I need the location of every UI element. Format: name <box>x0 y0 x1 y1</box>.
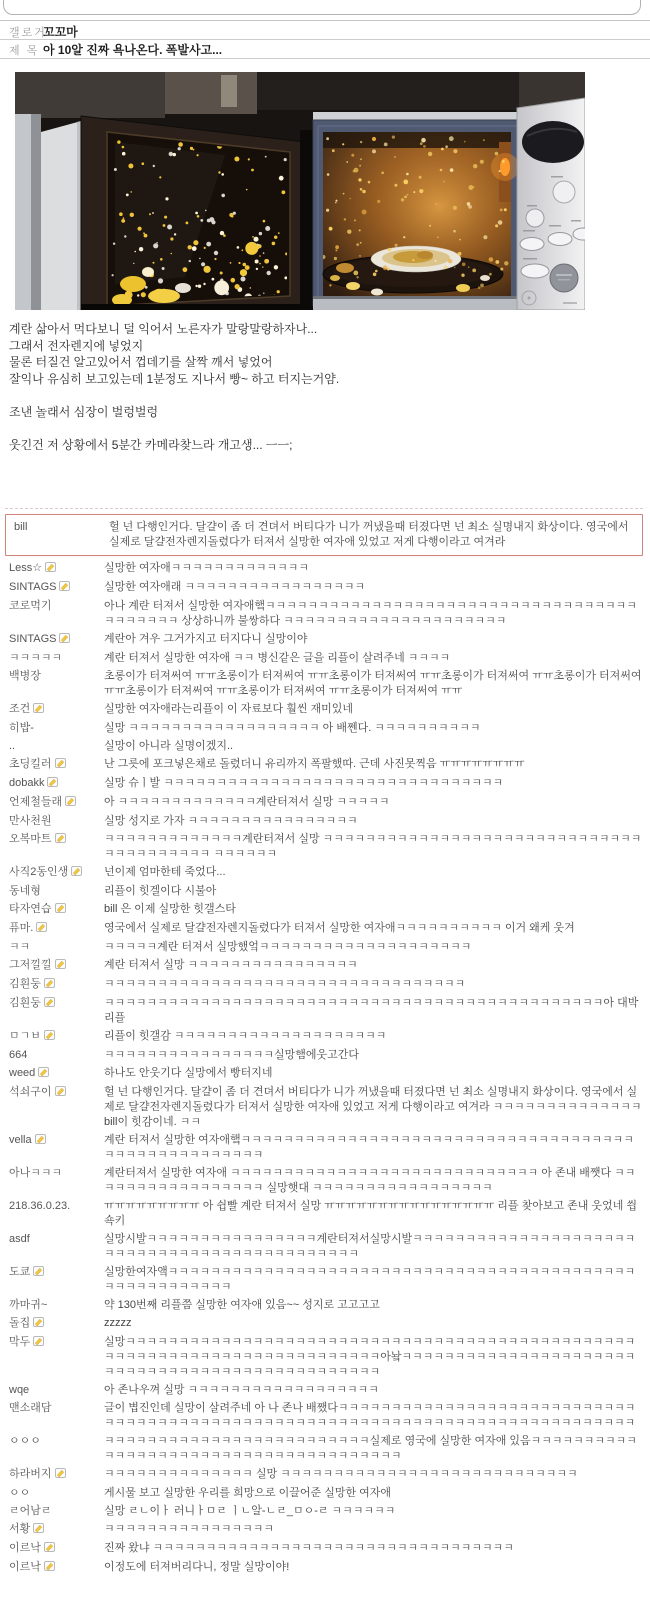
gallog-icon[interactable] <box>35 1134 46 1149</box>
comment-text: 실망한 여자애래 ㅋㅋㅋㅋㅋㅋㅋㅋㅋㅋㅋㅋㅋㅋㅋㅋㅋ <box>104 580 643 596</box>
gallog-icon[interactable] <box>44 978 55 993</box>
comment-text: ㅋㅋㅋㅋㅋㅋㅋㅋㅋㅋㅋㅋㅋ계란터져서 실망 ㅋㅋㅋㅋㅋㅋㅋㅋㅋㅋㅋㅋㅋㅋㅋㅋㅋㅋ… <box>104 832 643 862</box>
comment-row: 도쿄 실망한여자앸ㅋㅋㅋㅋㅋㅋㅋㅋㅋㅋㅋㅋㅋㅋㅋㅋㅋㅋㅋㅋㅋㅋㅋㅋㅋㅋㅋㅋㅋㅋㅋ… <box>5 1265 643 1295</box>
title-label: 제 목 <box>9 42 39 58</box>
commenter-name[interactable]: 퓨마. <box>5 921 104 937</box>
comment-text: ㅋㅋㅋㅋㅋㅋㅋㅋㅋㅋㅋㅋㅋㅋㅋㅋㅋㅋㅋㅋㅋㅋㅋㅋㅋㅋㅋㅋㅋㅋㅋㅋㅋㅋㅋㅋㅋㅋㅋㅋ… <box>104 996 643 1026</box>
commenter-name[interactable]: 동네형 <box>5 884 104 899</box>
comment-text: ㅋㅋㅋㅋㅋㅋㅋㅋㅋㅋㅋㅋㅋㅋㅋㅋ <box>104 1522 643 1538</box>
commenter-name[interactable]: weed <box>5 1066 104 1082</box>
commenter-name[interactable]: 그저낄낄 <box>5 958 104 974</box>
comment-row: 석쇠구이 헐 넌 다행인거다. 달걀이 좀 더 견뎌서 버티다가 니가 꺼냈을때… <box>5 1085 643 1130</box>
comment-row: 막두 실망ㅋㅋㅋㅋㅋㅋㅋㅋㅋㅋㅋㅋㅋㅋㅋㅋㅋㅋㅋㅋㅋㅋㅋㅋㅋㅋㅋㅋㅋㅋㅋㅋㅋㅋㅋ… <box>5 1335 643 1380</box>
comment-row: 김흰둥 ㅋㅋㅋㅋㅋㅋㅋㅋㅋㅋㅋㅋㅋㅋㅋㅋㅋㅋㅋㅋㅋㅋㅋㅋㅋㅋㅋㅋㅋㅋㅋㅋㅋㅋㅋㅋ… <box>5 996 643 1026</box>
title-row: 제 목 아 10알 진짜 욕나온다. 폭발사고... <box>0 39 650 59</box>
comment-text: ㅠㅠㅠㅠㅠㅠㅠㅠㅠ 아 쉽빨 계란 터져서 실망 ㅠㅠㅠㅠㅠㅠㅠㅠㅠㅠㅠㅠㅠㅠㅠ… <box>104 1199 643 1229</box>
gallog-icon[interactable] <box>33 1266 44 1281</box>
commenter-name[interactable]: 서황 <box>5 1522 104 1538</box>
comment-text: 리플이 힛갤감 ㅋㅋㅋㅋㅋㅋㅋㅋㅋㅋㅋㅋㅋㅋㅋㅋㅋㅋㅋㅋ <box>104 1029 643 1045</box>
comment-row: ㅇㅇ 게시물 보고 실망한 우리를 희망으로 이끌어준 실망한 여자애 <box>5 1486 643 1501</box>
commenter-name[interactable]: 코로먹기 <box>5 599 104 629</box>
commenter-name[interactable]: 초딩킬러 <box>5 757 104 773</box>
gallog-icon[interactable] <box>55 959 66 974</box>
comment-text: 게시물 보고 실망한 우리를 희망으로 이끌어준 실망한 여자애 <box>104 1486 643 1501</box>
comment-text: 계란아 겨우 그거가지고 터지다니 실망이야 <box>104 632 643 648</box>
comment-text: 난 그릇에 포크넣은채로 돌렸더니 유리까지 폭팔했따. 근데 사진못찍음 ㅠㅠ… <box>104 757 643 773</box>
comment-row: 타자연습 bill 은 이제 실망한 힛갤스타 <box>5 902 643 918</box>
comment-text: 실망이 아니라 실명이겠지.. <box>104 739 643 754</box>
commenter-name[interactable]: ㅇㅇㅇ <box>5 1434 104 1464</box>
gallog-icon[interactable] <box>38 1067 49 1082</box>
gallog-icon[interactable] <box>44 997 55 1012</box>
comment-row: 만사천원 실망 성지로 가자 ㅋㅋㅋㅋㅋㅋㅋㅋㅋㅋㅋㅋㅋㅋㅋㅋ <box>5 814 643 829</box>
comment-text: 계란터져서 실망한 여자애 ㅋㅋㅋㅋㅋㅋㅋㅋㅋㅋㅋㅋㅋㅋㅋㅋㅋㅋㅋㅋㅋㅋㅋㅋㅋㅋ… <box>104 1166 643 1196</box>
comment-row: 서황 ㅋㅋㅋㅋㅋㅋㅋㅋㅋㅋㅋㅋㅋㅋㅋㅋ <box>5 1522 643 1538</box>
commenter-name[interactable]: Less☆ <box>5 561 104 577</box>
comment-row: 퓨마. 영국에서 실제로 달걀전자렌지돌렸다가 터져서 실망한 여자애ㅋㅋㅋㅋㅋ… <box>5 921 643 937</box>
comment-text: 헐 넌 다행인거다. 달걀이 좀 더 견뎌서 버티다가 니가 꺼냈을때 터졌다면… <box>109 520 638 550</box>
comment-row: 아나ㅋㅋㅋ 계란터져서 실망한 여자애 ㅋㅋㅋㅋㅋㅋㅋㅋㅋㅋㅋㅋㅋㅋㅋㅋㅋㅋㅋㅋ… <box>5 1166 643 1196</box>
comment-row: 그저낄낄 계란 터져서 실망 ㅋㅋㅋㅋㅋㅋㅋㅋㅋㅋㅋㅋㅋㅋㅋㅋ <box>5 958 643 974</box>
commenter-name[interactable]: 백병장 <box>5 669 104 699</box>
gallog-icon[interactable] <box>36 922 47 937</box>
comment-text: 실망 슈ㅣ발 ㅋㅋㅋㅋㅋㅋㅋㅋㅋㅋㅋㅋㅋㅋㅋㅋㅋㅋㅋㅋㅋㅋㅋㅋㅋㅋㅋㅋㅋㅋㅋㅋ <box>104 776 643 792</box>
comment-text: 영국에서 실제로 달걀전자렌지돌렸다가 터져서 실망한 여자애ㅋㅋㅋㅋㅋㅋㅋㅋㅋ… <box>104 921 643 937</box>
commenter-name[interactable]: ㅁㄱㅂ <box>5 1029 104 1045</box>
gallogger-row: 갤로거 꼬꼬마 <box>0 20 650 40</box>
comment-row: 히밥- 실망 ㅋㅋㅋㅋㅋㅋㅋㅋㅋㅋㅋㅋㅋㅋㅋㅋㅋㅋ 아 배쩬다. ㅋㅋㅋㅋㅋㅋㅋ… <box>5 721 643 736</box>
commenter-name[interactable]: SINTAGS <box>5 580 104 596</box>
commenter-name[interactable]: 타자연습 <box>5 902 104 918</box>
commenter-name[interactable]: 664 <box>5 1048 104 1063</box>
comment-text: bill 은 이제 실망한 힛갤스타 <box>104 902 643 918</box>
microwave-photo <box>15 72 585 310</box>
commenter-name[interactable]: vella <box>5 1133 104 1163</box>
commenter-name[interactable]: 맨소래담 <box>5 1401 104 1431</box>
commenter-name[interactable]: 조건 <box>5 702 104 718</box>
comment-text: 초롱이가 터져써여 ㅠㅠ초롱이가 터져써여 ㅠㅠ초롱이가 터져써여 ㅠㅠ초롱이가… <box>104 669 643 699</box>
commenter-name[interactable]: 언제철들래 <box>5 795 104 811</box>
comment-text: ㅋㅋㅋㅋㅋㅋㅋㅋㅋㅋㅋㅋㅋㅋ 실망 ㅋㅋㅋㅋㅋㅋㅋㅋㅋㅋㅋㅋㅋㅋㅋㅋㅋㅋㅋㅋㅋㅋ… <box>104 1467 643 1483</box>
commenter-name[interactable]: 오복마트 <box>5 832 104 862</box>
comment-row: .. 실망이 아니라 실명이겠지.. <box>5 739 643 754</box>
commenter-name[interactable]: 돌집 <box>5 1316 104 1332</box>
comment-text: 진짜 왔냐 ㅋㅋㅋㅋㅋㅋㅋㅋㅋㅋㅋㅋㅋㅋㅋㅋㅋㅋㅋㅋㅋㅋㅋㅋㅋㅋㅋㅋㅋㅋㅋㅋㅋㅋ <box>104 1541 643 1557</box>
post-photo <box>15 72 585 310</box>
commenter-name[interactable]: 사직2동인생 <box>5 865 104 881</box>
comment-text: 아나 계란 터져서 실망한 여자애햌ㅋㅋㅋㅋㅋㅋㅋㅋㅋㅋㅋㅋㅋㅋㅋㅋㅋㅋㅋㅋㅋㅋ… <box>104 599 643 629</box>
comment-text: 글이 볍진인데 실망이 살려주네 아 나 존나 배쨌다ㅋㅋㅋㅋㅋㅋㅋㅋㅋㅋㅋㅋㅋ… <box>104 1401 643 1431</box>
comment-text: 아 ㅋㅋㅋㅋㅋㅋㅋㅋㅋㅋㅋㅋㅋ계란터져서 실망 ㅋㅋㅋㅋㅋ <box>104 795 643 811</box>
comment-text: 헐 넌 다행인거다. 달걀이 좀 더 견뎌서 버티다가 니가 꺼냈을때 터졌다면… <box>104 1085 643 1130</box>
gallog-icon[interactable] <box>47 777 58 792</box>
comment-text: 계란 터져서 실망한 여자애 ㅋㅋ 병신같은 글을 리플이 살려주네 ㅋㅋㅋㅋ <box>104 651 643 666</box>
comment-text: 계란 터져서 실망한 여자애햌ㅋㅋㅋㅋㅋㅋㅋㅋㅋㅋㅋㅋㅋㅋㅋㅋㅋㅋㅋㅋㅋㅋㅋㅋㅋ… <box>104 1133 643 1163</box>
commenter-name[interactable]: .. <box>5 739 104 754</box>
comment-row: ㅋㅋ ㅋㅋㅋㅋㅋ계란 터져서 실망했엌ㅋㅋㅋㅋㅋㅋㅋㅋㅋㅋㅋㅋㅋㅋㅋㅋㅋㅋㅋㅋ <box>5 940 643 955</box>
commenter-name[interactable]: 218.36.0.23. <box>5 1199 104 1229</box>
gallog-icon[interactable] <box>55 903 66 918</box>
comment-text: 실망 ㅋㅋㅋㅋㅋㅋㅋㅋㅋㅋㅋㅋㅋㅋㅋㅋㅋㅋ 아 배쩬다. ㅋㅋㅋㅋㅋㅋㅋㅋㅋㅋ <box>104 721 643 736</box>
gallog-icon[interactable] <box>55 1086 66 1101</box>
comment-text: 실망한여자앸ㅋㅋㅋㅋㅋㅋㅋㅋㅋㅋㅋㅋㅋㅋㅋㅋㅋㅋㅋㅋㅋㅋㅋㅋㅋㅋㅋㅋㅋㅋㅋㅋㅋㅋ… <box>104 1265 643 1295</box>
comment-text: ㅋㅋㅋㅋㅋㅋㅋㅋㅋㅋㅋㅋㅋㅋㅋㅋ실망햄에웃고간다 <box>104 1048 643 1063</box>
comment-text: ㅋㅋㅋㅋㅋㅋㅋㅋㅋㅋㅋㅋㅋㅋㅋㅋㅋㅋㅋㅋㅋㅋㅋㅋㅋ실제로 영국에 실망한 여자애… <box>104 1434 643 1464</box>
comment-text: 계란 터져서 실망 ㅋㅋㅋㅋㅋㅋㅋㅋㅋㅋㅋㅋㅋㅋㅋㅋ <box>104 958 643 974</box>
comment-text: 하나도 안웃기다 실망에서 빵터지네 <box>104 1066 643 1082</box>
comment-row: 코로먹기 아나 계란 터져서 실망한 여자애햌ㅋㅋㅋㅋㅋㅋㅋㅋㅋㅋㅋㅋㅋㅋㅋㅋㅋ… <box>5 599 643 629</box>
comment-text: 아 존나우껴 실망 ㅋㅋㅋㅋㅋㅋㅋㅋㅋㅋㅋㅋㅋㅋㅋㅋㅋㅋ <box>104 1383 643 1398</box>
comment-row: 백병장 초롱이가 터져써여 ㅠㅠ초롱이가 터져써여 ㅠㅠ초롱이가 터져써여 ㅠㅠ… <box>5 669 643 699</box>
commenter-name[interactable]: 하라버지 <box>5 1467 104 1483</box>
comment-row: vella 계란 터져서 실망한 여자애햌ㅋㅋㅋㅋㅋㅋㅋㅋㅋㅋㅋㅋㅋㅋㅋㅋㅋㅋㅋ… <box>5 1133 643 1163</box>
post-title: 아 10알 진짜 욕나온다. 폭발사고... <box>43 41 222 58</box>
comment-row: 664 ㅋㅋㅋㅋㅋㅋㅋㅋㅋㅋㅋㅋㅋㅋㅋㅋ실망햄에웃고간다 <box>5 1048 643 1063</box>
commenter-name[interactable]: 도쿄 <box>5 1265 104 1295</box>
comment-text: 실망 ㄹㄴ이ㅏ 러니ㅏㅁㄹ ㅣㄴ알-ㄴㄹ_ㅁㅇ-ㄹ ㅋㅋㅋㅋㅋㅋ <box>104 1504 643 1519</box>
comment-row: 오복마트 ㅋㅋㅋㅋㅋㅋㅋㅋㅋㅋㅋㅋㅋ계란터져서 실망 ㅋㅋㅋㅋㅋㅋㅋㅋㅋㅋㅋㅋㅋ… <box>5 832 643 862</box>
comment-row: 사직2동인생 넌이제 엄마한테 죽었다... <box>5 865 643 881</box>
gallog-icon[interactable] <box>44 1561 55 1576</box>
commenter-name[interactable]: dobakk <box>5 776 104 792</box>
comment-row: ㄹ어남ㄹ 실망 ㄹㄴ이ㅏ 러니ㅏㅁㄹ ㅣㄴ알-ㄴㄹ_ㅁㅇ-ㄹ ㅋㅋㅋㅋㅋㅋ <box>5 1504 643 1519</box>
comment-row: SINTAGS 계란아 겨우 그거가지고 터지다니 실망이야 <box>5 632 643 648</box>
comment-text: 실망시발ㅋㅋㅋㅋㅋㅋㅋㅋㅋㅋㅋㅋㅋㅋㅋㅋ계란터져서실망시발ㅋㅋㅋㅋㅋㅋㅋㅋㅋㅋㅋ… <box>104 1232 643 1262</box>
gallog-icon[interactable] <box>44 1542 55 1557</box>
gallog-icon[interactable] <box>55 758 66 773</box>
comment-row: 까마귀~ 약 130번째 리플쯤 실망한 여자애 있음~~ 성지로 고고고고 <box>5 1298 643 1313</box>
comment-text: 약 130번째 리플쯤 실망한 여자애 있음~~ 성지로 고고고고 <box>104 1298 643 1313</box>
comment-text: 실망한 여자애라는리플이 이 자료보다 훨씬 재미있네 <box>104 702 643 718</box>
commenter-name[interactable]: 이르낙 <box>5 1541 104 1557</box>
gallogger-value: 꼬꼬마 <box>43 23 78 40</box>
comment-text: ㅋㅋㅋㅋㅋ계란 터져서 실망했엌ㅋㅋㅋㅋㅋㅋㅋㅋㅋㅋㅋㅋㅋㅋㅋㅋㅋㅋㅋㅋ <box>104 940 643 955</box>
comment-row: 하라버지 ㅋㅋㅋㅋㅋㅋㅋㅋㅋㅋㅋㅋㅋㅋ 실망 ㅋㅋㅋㅋㅋㅋㅋㅋㅋㅋㅋㅋㅋㅋㅋㅋㅋ… <box>5 1467 643 1483</box>
commenter-name[interactable]: 이르낙 <box>5 1560 104 1576</box>
comment-text: 실망 성지로 가자 ㅋㅋㅋㅋㅋㅋㅋㅋㅋㅋㅋㅋㅋㅋㅋㅋ <box>104 814 643 829</box>
comment-text: 실망한 여자애ㅋㅋㅋㅋㅋㅋㅋㅋㅋㅋㅋㅋㅋ <box>104 561 643 577</box>
comment-row: wqe 아 존나우껴 실망 ㅋㅋㅋㅋㅋㅋㅋㅋㅋㅋㅋㅋㅋㅋㅋㅋㅋㅋ <box>5 1383 643 1398</box>
commenter-name[interactable]: 석쇠구이 <box>5 1085 104 1130</box>
commenter-name[interactable]: 까마귀~ <box>5 1298 104 1313</box>
gallog-icon[interactable] <box>59 633 70 648</box>
comment-row: 이르낙 진짜 왔냐 ㅋㅋㅋㅋㅋㅋㅋㅋㅋㅋㅋㅋㅋㅋㅋㅋㅋㅋㅋㅋㅋㅋㅋㅋㅋㅋㅋㅋㅋㅋ… <box>5 1541 643 1557</box>
comment-row: 동네형 리플이 힛겔이다 시불아 <box>5 884 643 899</box>
comment-text: 실망ㅋㅋㅋㅋㅋㅋㅋㅋㅋㅋㅋㅋㅋㅋㅋㅋㅋㅋㅋㅋㅋㅋㅋㅋㅋㅋㅋㅋㅋㅋㅋㅋㅋㅋㅋㅋㅋㅋ… <box>104 1335 643 1380</box>
comment-row: 218.36.0.23. ㅠㅠㅠㅠㅠㅠㅠㅠㅠ 아 쉽빨 계란 터져서 실망 ㅠㅠ… <box>5 1199 643 1229</box>
commenter-name[interactable]: ㅇㅇ <box>5 1486 104 1501</box>
comment-row: dobakk 실망 슈ㅣ발 ㅋㅋㅋㅋㅋㅋㅋㅋㅋㅋㅋㅋㅋㅋㅋㅋㅋㅋㅋㅋㅋㅋㅋㅋㅋㅋ… <box>5 776 643 792</box>
comment-row: bill 헐 넌 다행인거다. 달걀이 좀 더 견뎌서 버티다가 니가 꺼냈을때… <box>5 514 643 556</box>
gallog-icon[interactable] <box>33 1523 44 1538</box>
commenter-name[interactable]: ㅋㅋ <box>5 940 104 955</box>
comment-row: 조건 실망한 여자애라는리플이 이 자료보다 훨씬 재미있네 <box>5 702 643 718</box>
commenter-name[interactable]: 만사천원 <box>5 814 104 829</box>
comment-text: 리플이 힛겔이다 시불아 <box>104 884 643 899</box>
commenter-name[interactable]: 김흰둥 <box>5 977 104 993</box>
gallog-icon[interactable] <box>59 581 70 596</box>
gallog-icon[interactable] <box>45 562 56 577</box>
top-input[interactable] <box>3 0 641 15</box>
comment-row: ㅋㅋㅋㅋㅋ 계란 터져서 실망한 여자애 ㅋㅋ 병신같은 글을 리플이 살려주네… <box>5 651 643 666</box>
comment-text: 이정도에 터져버리다니, 정말 실망이야! <box>104 1560 643 1576</box>
gallog-icon[interactable] <box>33 703 44 718</box>
comment-row: 언제철들래 아 ㅋㅋㅋㅋㅋㅋㅋㅋㅋㅋㅋㅋㅋ계란터져서 실망 ㅋㅋㅋㅋㅋ <box>5 795 643 811</box>
comment-text: ㅋㅋㅋㅋㅋㅋㅋㅋㅋㅋㅋㅋㅋㅋㅋㅋㅋㅋㅋㅋㅋㅋㅋㅋㅋㅋㅋㅋㅋㅋㅋㅋㅋㅋ <box>104 977 643 993</box>
comment-row: 맨소래담 글이 볍진인데 실망이 살려주네 아 나 존나 배쨌다ㅋㅋㅋㅋㅋㅋㅋㅋ… <box>5 1401 643 1431</box>
comment-row: 초딩킬러 난 그릇에 포크넣은채로 돌렸더니 유리까지 폭팔했따. 근데 사진못… <box>5 757 643 773</box>
commenter-name[interactable]: wqe <box>5 1383 104 1398</box>
comment-row: SINTAGS 실망한 여자애래 ㅋㅋㅋㅋㅋㅋㅋㅋㅋㅋㅋㅋㅋㅋㅋㅋㅋ <box>5 580 643 596</box>
commenter-name[interactable]: ㄹ어남ㄹ <box>5 1504 104 1519</box>
comment-text: zzzzz <box>104 1316 643 1332</box>
commenter-name[interactable]: 히밥- <box>5 721 104 736</box>
comment-text: 넌이제 엄마한테 죽었다... <box>104 865 643 881</box>
comment-list: bill 헐 넌 다행인거다. 달걀이 좀 더 견뎌서 버티다가 니가 꺼냈을때… <box>5 508 643 1579</box>
gallogger-label: 갤로거 <box>9 24 47 40</box>
comment-row: ㅁㄱㅂ 리플이 힛갤감 ㅋㅋㅋㅋㅋㅋㅋㅋㅋㅋㅋㅋㅋㅋㅋㅋㅋㅋㅋㅋ <box>5 1029 643 1045</box>
comment-row: 이르낙 이정도에 터져버리다니, 정말 실망이야! <box>5 1560 643 1576</box>
commenter-name[interactable]: 아나ㅋㅋㅋ <box>5 1166 104 1196</box>
gallog-icon[interactable] <box>65 796 76 811</box>
comment-row: ㅇㅇㅇ ㅋㅋㅋㅋㅋㅋㅋㅋㅋㅋㅋㅋㅋㅋㅋㅋㅋㅋㅋㅋㅋㅋㅋㅋㅋ실제로 영국에 실망한… <box>5 1434 643 1464</box>
commenter-name[interactable]: bill <box>10 520 109 550</box>
comment-row: Less☆ 실망한 여자애ㅋㅋㅋㅋㅋㅋㅋㅋㅋㅋㅋㅋㅋ <box>5 561 643 577</box>
commenter-name[interactable]: ㅋㅋㅋㅋㅋ <box>5 651 104 666</box>
gallog-icon[interactable] <box>55 833 66 848</box>
post-body: 계란 삶아서 먹다보니 덜 익어서 노른자가 말랑말랑하자나... 그래서 전자… <box>9 321 630 453</box>
comment-row: 돌집 zzzzz <box>5 1316 643 1332</box>
commenter-name[interactable]: SINTAGS <box>5 632 104 648</box>
comment-row: asdf 실망시발ㅋㅋㅋㅋㅋㅋㅋㅋㅋㅋㅋㅋㅋㅋㅋㅋ계란터져서실망시발ㅋㅋㅋㅋㅋㅋ… <box>5 1232 643 1262</box>
gallog-icon[interactable] <box>44 1030 55 1045</box>
gallog-icon[interactable] <box>33 1317 44 1332</box>
commenter-name[interactable]: asdf <box>5 1232 104 1262</box>
commenter-name[interactable]: 막두 <box>5 1335 104 1380</box>
commenter-name[interactable]: 김흰둥 <box>5 996 104 1026</box>
comment-row: 김흰둥 ㅋㅋㅋㅋㅋㅋㅋㅋㅋㅋㅋㅋㅋㅋㅋㅋㅋㅋㅋㅋㅋㅋㅋㅋㅋㅋㅋㅋㅋㅋㅋㅋㅋㅋ <box>5 977 643 993</box>
comment-row: weed 하나도 안웃기다 실망에서 빵터지네 <box>5 1066 643 1082</box>
gallog-icon[interactable] <box>55 1468 66 1483</box>
gallog-icon[interactable] <box>71 866 82 881</box>
gallog-icon[interactable] <box>33 1336 44 1351</box>
